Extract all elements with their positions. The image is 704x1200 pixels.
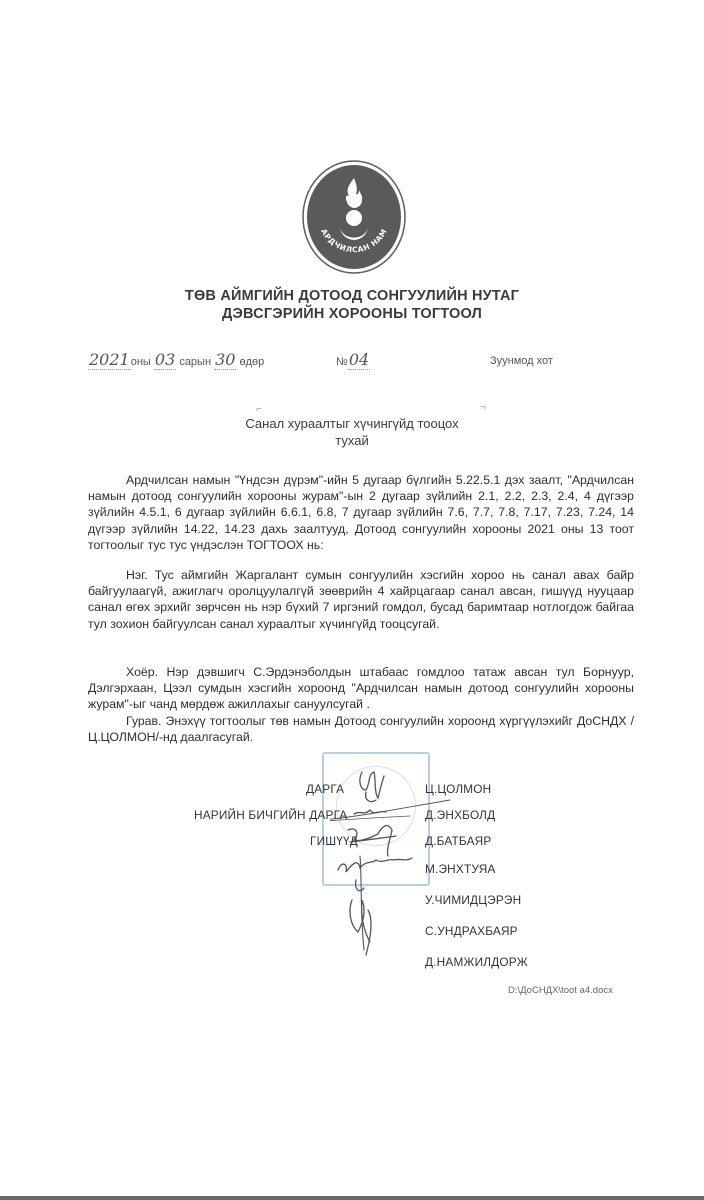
date-day: 30	[214, 350, 236, 370]
resolution-item-1: Нэг. Тус аймгийн Жаргалант сумын сонгуул…	[88, 567, 634, 632]
number-value: 04	[348, 350, 370, 370]
date-year: 2021	[88, 350, 131, 370]
date-month: 03	[154, 350, 176, 370]
item-3-text: Гурав. Энэхүү тогтоолыг төв намын Дотоод…	[88, 713, 634, 745]
party-logo: АРДЧИЛСАН НАМ	[302, 160, 406, 274]
date-day-suffix: өдөр	[240, 356, 265, 368]
signature-name-member-1: Д.БАТБАЯР	[425, 834, 491, 848]
signature-name-member-2: М.ЭНХТУЯА	[425, 862, 496, 876]
signature-role-chairman: ДАРГА	[306, 782, 344, 796]
subject-line1: Санал хураалтыг хүчингүйд тооцох	[0, 415, 704, 432]
preamble-text: Ардчилсан намын "Үндсэн дүрэм"-ийн 5 дуг…	[88, 472, 634, 553]
signature-name-secretary: Д.ЭНХБОЛД	[425, 808, 495, 822]
democratic-party-emblem-icon: АРДЧИЛСАН НАМ	[302, 160, 406, 274]
subject-line2: тухай	[0, 432, 704, 449]
subject-bracket-right: ¬	[480, 402, 486, 413]
signature-role-secretary: НАРИЙН БИЧГИЙН ДАРГА	[194, 808, 347, 822]
document-subject: Санал хураалтыг хүчингүйд тооцох тухай	[0, 415, 704, 449]
document-number: №04	[336, 350, 370, 369]
signature-name-member-3: У.ЧИМИДЦЭРЭН	[425, 893, 521, 907]
resolution-item-3: Гурав. Энэхүү тогтоолыг төв намын Дотоод…	[88, 713, 634, 745]
file-path-footer: D:\ДоСНДХ\toot a4.docx	[508, 985, 613, 996]
resolution-item-2: Хоёр. Нэр дэвшигч С.Эрдэнэболдын штабаас…	[88, 664, 634, 713]
signature-role-members: ГИШҮҮД	[310, 834, 358, 848]
date-year-suffix: оны	[131, 356, 151, 368]
date-month-suffix: сарын	[179, 356, 211, 368]
signature-name-member-4: С.УНДРАХБАЯР	[425, 924, 518, 938]
document-date: 2021оны 03 сарын 30 өдөр	[88, 350, 264, 369]
document-heading-line2: ДЭВСГЭРИЙН ХОРООНЫ ТОГТООЛ	[0, 305, 704, 324]
signature-name-member-5: Д.НАМЖИЛДОРЖ	[425, 955, 528, 969]
bottom-border	[0, 1196, 704, 1200]
document-city: Зуунмод хот	[490, 355, 553, 367]
number-label: №	[336, 356, 348, 368]
item-1-text: Нэг. Тус аймгийн Жаргалант сумын сонгуул…	[88, 567, 634, 632]
signature-name-chairman: Ц.ЦОЛМОН	[425, 782, 491, 796]
subject-bracket-left: ⌐	[256, 404, 262, 415]
preamble-paragraph: Ардчилсан намын "Үндсэн дүрэм"-ийн 5 дуг…	[88, 472, 634, 553]
document-heading-line1: ТӨВ АЙМГИЙН ДОТООД СОНГУУЛИЙН НУТАГ	[0, 287, 704, 306]
item-2-text: Хоёр. Нэр дэвшигч С.Эрдэнэболдын штабаас…	[88, 664, 634, 713]
